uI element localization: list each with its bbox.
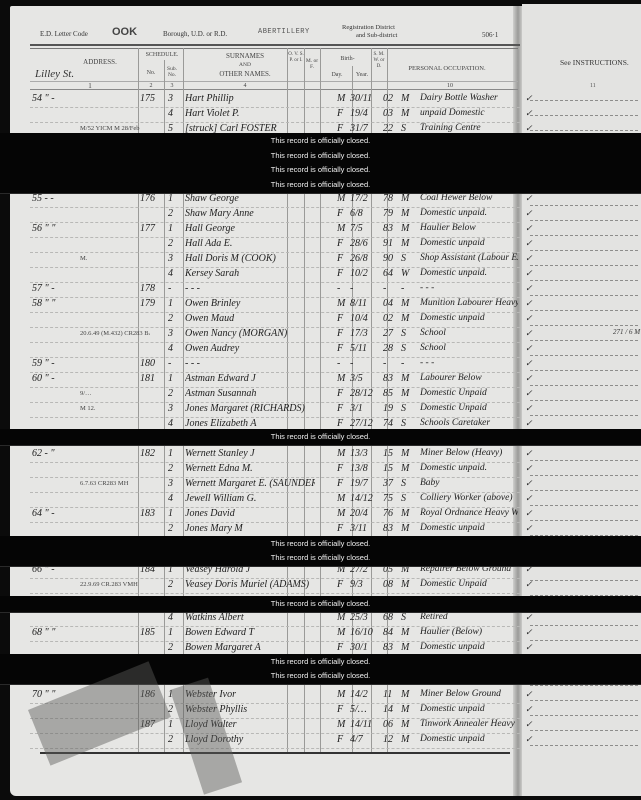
cell-occ: Domestic unpaid — [420, 704, 518, 714]
cell-note: M 12. — [80, 405, 150, 412]
ruled-line — [530, 280, 638, 282]
cell-note: 9/… — [80, 390, 150, 397]
cell-occ: Dairy Bottle Washer — [420, 93, 518, 103]
table-row: 58 " "1791Owen BrinleyM8/1104MMunition L… — [30, 297, 520, 313]
header-rule — [30, 44, 520, 46]
cell-addr: 60 " - — [32, 373, 132, 384]
checkmark-icon: ✓ — [525, 328, 533, 339]
cell-day: 5/11 — [350, 343, 382, 354]
cell-addr: 57 " - — [32, 283, 132, 294]
cell-mar: M — [401, 463, 417, 474]
cell-sex: F — [337, 343, 351, 354]
cell-mar: M — [401, 719, 417, 730]
cell-occ: Domestic unpaid — [420, 238, 518, 248]
checkmark-icon: ✓ — [525, 704, 533, 715]
table-row: 59 " -180-- - ------ - -✓ — [30, 357, 520, 373]
cell-day: 26/8 — [350, 253, 382, 264]
col-birth-year: Year. — [353, 72, 371, 79]
cell-sub: 3 — [168, 253, 182, 264]
table-row: M 12.3Jones Margaret (RICHARDS)F3/119SDo… — [30, 402, 520, 418]
cell-name: Jones Elizabeth A — [185, 418, 315, 429]
cell-mar: M — [401, 313, 417, 324]
cell-occ: - - - — [420, 283, 518, 293]
table-row: M.3Hall Doris M (COOK)F26/890SShop Assis… — [30, 252, 520, 268]
cell-occ: Haulier (Below) — [420, 627, 518, 637]
ruled-line — [530, 100, 638, 102]
table-row: 54 " -1753Hart PhillipM30/1102MDairy Bot… — [30, 92, 520, 108]
col-surnames-1: SURNAMES — [190, 52, 300, 60]
col-occupation: PERSONAL OCCUPATION. — [392, 65, 502, 72]
cell-occ: unpaid Domestic — [420, 108, 518, 118]
cell-sch: 178 — [140, 283, 166, 294]
table-row: 2Owen MaudF10/402MDomestic unpaid✓ — [30, 312, 520, 328]
checkmark-icon: ✓ — [525, 642, 533, 653]
cell-sub: 2 — [168, 579, 182, 590]
cell-sex: M — [337, 719, 351, 730]
table-row: 2Shaw Mary AnneF6/879MDomestic unpaid.✓ — [30, 207, 520, 223]
cell-sch: 179 — [140, 298, 166, 309]
cell-occ: Labourer Below — [420, 373, 518, 383]
cell-year: 03 — [383, 108, 401, 119]
cell-sex: - — [337, 358, 351, 369]
cell-year: - — [383, 283, 401, 294]
cell-sex: M — [337, 223, 351, 234]
cell-year: 83 — [383, 642, 401, 653]
checkmark-icon: ✓ — [525, 238, 533, 249]
ruled-line — [530, 640, 638, 642]
cell-year: 74 — [383, 418, 401, 429]
col-instructions-num: 11 — [590, 83, 596, 89]
ruled-line — [530, 490, 638, 492]
cell-mar: - — [401, 358, 417, 369]
cell-addr: 54 " - — [32, 93, 132, 104]
table-row: 22.9.69 CR.283 VMH2Veasey Doris Muriel (… — [30, 578, 520, 594]
cell-occ: Miner Below (Heavy) — [420, 448, 518, 458]
table-bottom-rule — [40, 752, 510, 754]
cell-year: 04 — [383, 298, 401, 309]
cell-addr: 58 " " — [32, 298, 132, 309]
checkmark-icon: ✓ — [525, 283, 533, 294]
cell-name: Astman Edward J — [185, 373, 315, 384]
cell-name: Owen Audrey — [185, 343, 315, 354]
cell-occ: Domestic unpaid — [420, 313, 518, 323]
street-name: Lilley St. — [35, 68, 74, 81]
table-row: 6.7.63 CR283 MH3Wernett Margaret E. (SAU… — [30, 477, 520, 493]
cell-sch: 175 — [140, 93, 166, 104]
col-sex: M. or F. — [305, 58, 319, 71]
checkmark-icon: ✓ — [525, 719, 533, 730]
cell-addr: 62 - " — [32, 448, 132, 459]
checkmark-icon: ✓ — [525, 313, 533, 324]
ruled-line — [530, 325, 638, 327]
cell-occ: Schools Caretaker — [420, 418, 518, 428]
cell-name: Owen Brinley — [185, 298, 315, 309]
cell-day: - — [350, 283, 382, 294]
ruled-line — [530, 580, 638, 582]
cell-sex: M — [337, 627, 351, 638]
ruled-line — [530, 115, 638, 117]
checkmark-icon: ✓ — [525, 268, 533, 279]
cell-mar: S — [401, 253, 417, 264]
checkmark-icon: ✓ — [525, 253, 533, 264]
borough-value: ABERTILLERY — [258, 28, 310, 36]
cell-mar: M — [401, 734, 417, 745]
cell-sex: M — [337, 93, 351, 104]
cell-occ: Domestic Unpaid — [420, 388, 518, 398]
table-row: 4Watkins AlbertM25/368SRetired✓ — [30, 611, 520, 627]
cell-mar: M — [401, 579, 417, 590]
checkmark-icon: ✓ — [525, 627, 533, 638]
cell-mar: S — [401, 478, 417, 489]
cell-year: 15 — [383, 463, 401, 474]
cell-mar: M — [401, 93, 417, 104]
cell-sch: 180 — [140, 358, 166, 369]
checkmark-icon: ✓ — [525, 108, 533, 119]
cell-year: 14 — [383, 704, 401, 715]
cell-day: 4/7 — [350, 734, 382, 745]
cell-sex: M — [337, 298, 351, 309]
cell-sex: F — [337, 313, 351, 324]
cell-day: 14/11 — [350, 719, 382, 730]
cell-year: 68 — [383, 612, 401, 623]
cell-day: 9/3 — [350, 579, 382, 590]
ruled-line — [530, 625, 638, 627]
redaction-bar: This record is officially closed. — [0, 550, 641, 567]
cell-sub: 3 — [168, 328, 182, 339]
cell-year: 08 — [383, 579, 401, 590]
redaction-bar: This record is officially closed. — [0, 429, 641, 446]
cell-day: 19/4 — [350, 108, 382, 119]
cell-mar: M — [401, 642, 417, 653]
col-address: ADDRESS. — [60, 58, 140, 66]
checkmark-icon: ✓ — [525, 223, 533, 234]
ruled-line — [530, 685, 638, 687]
col-birth: Birth- — [325, 56, 370, 63]
cell-name: Hall Doris M (COOK) — [185, 253, 315, 264]
redaction-bar: This record is officially closed. — [0, 177, 641, 194]
cell-sub: 3 — [168, 93, 182, 104]
cell-name: Bowen Edward T — [185, 627, 315, 638]
cell-sex: F — [337, 108, 351, 119]
cell-year: 64 — [383, 268, 401, 279]
cell-sex: F — [337, 328, 351, 339]
cell-year: 02 — [383, 93, 401, 104]
cell-occ: Royal Ordnance Heavy Worker — [420, 508, 518, 518]
cell-sex: M — [337, 689, 351, 700]
borough-label: Borough, U.D. or R.D. — [163, 30, 227, 38]
col-schedule-no: No. — [140, 70, 162, 77]
cell-sex: M — [337, 373, 351, 384]
col-schedule: SCHEDULE. — [140, 52, 184, 59]
cell-note: 20.6.49 (M.432) CR283 BAY — [80, 330, 150, 337]
checkmark-icon: ✓ — [525, 343, 533, 354]
cell-name: Kersey Sarah — [185, 268, 315, 279]
cell-addr: 64 " - — [32, 508, 132, 519]
cell-addr: 59 " - — [32, 358, 132, 369]
cell-name: Watkins Albert — [185, 612, 315, 623]
cell-mar: M — [401, 704, 417, 715]
cell-occ: Tinwork Annealer Heavy Work — [420, 719, 518, 729]
ruled-line — [530, 730, 638, 732]
cell-year: 15 — [383, 448, 401, 459]
right-page-annotation: 271 / 6 M — [613, 328, 640, 336]
cell-sex: F — [337, 388, 351, 399]
cell-sex: F — [337, 418, 351, 429]
cell-name: Wernett Margaret E. (SAUNDERS) — [185, 478, 315, 489]
cell-mar: M — [401, 627, 417, 638]
cell-mar: S — [401, 418, 417, 429]
ruled-line — [530, 340, 638, 342]
cell-mar: M — [401, 223, 417, 234]
table-number-rule — [30, 89, 518, 90]
cell-year: 37 — [383, 478, 401, 489]
cell-year: 85 — [383, 388, 401, 399]
cell-name: - - - — [185, 283, 315, 294]
cell-day: 17/3 — [350, 328, 382, 339]
cell-name: Hart Violet P. — [185, 108, 315, 119]
cell-sex: M — [337, 448, 351, 459]
cell-day: 19/7 — [350, 478, 382, 489]
cell-sex: F — [337, 734, 351, 745]
checkmark-icon: ✓ — [525, 734, 533, 745]
cell-sub: 1 — [168, 508, 182, 519]
cell-sex: F — [337, 704, 351, 715]
cell-sub: - — [168, 283, 182, 294]
cell-year: 19 — [383, 403, 401, 414]
cell-day: 5/… — [350, 704, 382, 715]
cell-mar: M — [401, 298, 417, 309]
cell-sex: - — [337, 283, 351, 294]
ed-letter-code-value: OOK — [112, 26, 137, 38]
col-surnames-2: AND — [190, 62, 300, 68]
cell-name: Shaw George — [185, 193, 315, 204]
cell-mar: M — [401, 208, 417, 219]
cell-occ: School — [420, 343, 518, 353]
cell-sub: 1 — [168, 298, 182, 309]
cell-note: M/52 YICM M 28/Feb — [80, 125, 150, 132]
cell-sch: 183 — [140, 508, 166, 519]
cell-sub: 4 — [168, 268, 182, 279]
ruled-line — [530, 385, 638, 387]
cell-name: Jewell William G. — [185, 493, 315, 504]
cell-name: Hall George — [185, 223, 315, 234]
cell-sch: 182 — [140, 448, 166, 459]
ruled-line — [530, 130, 638, 132]
cell-year: 02 — [383, 313, 401, 324]
cell-sex: M — [337, 508, 351, 519]
cell-day: 30/1 — [350, 642, 382, 653]
registration-value: 506·1 — [482, 31, 498, 39]
cell-name: - - - — [185, 358, 315, 369]
ruled-line — [530, 205, 638, 207]
cell-occ: Baby — [420, 478, 518, 488]
cell-year: 76 — [383, 508, 401, 519]
ruled-line — [530, 220, 638, 222]
ruled-line — [530, 310, 638, 312]
cell-occ: Coal Hewer Below — [420, 193, 518, 203]
cell-occ: Domestic Unpaid — [420, 579, 518, 589]
cell-mar: M — [401, 108, 417, 119]
cell-year: 84 — [383, 627, 401, 638]
cell-note: M. — [80, 255, 150, 262]
cell-year: 78 — [383, 193, 401, 204]
cell-note: 22.9.69 CR.283 VMH — [80, 581, 150, 588]
cell-year: 83 — [383, 373, 401, 384]
cell-sub: 2 — [168, 642, 182, 653]
ruled-line — [530, 520, 638, 522]
table-row: 4Jewell William G.M14/1275SColliery Work… — [30, 492, 520, 508]
cell-addr: 55 - - — [32, 193, 132, 204]
cell-year: 79 — [383, 208, 401, 219]
cell-day: 17/2 — [350, 193, 382, 204]
cell-mar: S — [401, 328, 417, 339]
cell-occ: Colliery Worker (above) — [420, 493, 518, 503]
cell-sub: - — [168, 358, 182, 369]
table-header-rule — [30, 81, 518, 82]
table-row: 4Hart Violet P.F19/403Munpaid Domestic✓ — [30, 107, 520, 123]
cell-day: 3/11 — [350, 523, 382, 534]
checkmark-icon: ✓ — [525, 388, 533, 399]
cell-sex: M — [337, 193, 351, 204]
table-row: 57 " -178-- - ------ - -✓ — [30, 282, 520, 298]
cell-sex: F — [337, 478, 351, 489]
registration-label-1: Registration District — [342, 24, 395, 31]
ruled-line — [530, 460, 638, 462]
cell-sub: 2 — [168, 734, 182, 745]
table-row: 68 " "1851Bowen Edward TM16/1084MHaulier… — [30, 626, 520, 642]
cell-day: 13/8 — [350, 463, 382, 474]
cell-day: 25/3 — [350, 612, 382, 623]
ruled-line — [530, 265, 638, 267]
cell-mar: M — [401, 508, 417, 519]
checkmark-icon: ✓ — [525, 93, 533, 104]
cell-occ: School — [420, 328, 518, 338]
cell-year: 06 — [383, 719, 401, 730]
table-row: 4Kersey SarahF10/264WDomestic unpaid.✓ — [30, 267, 520, 283]
cell-mar: W — [401, 268, 417, 279]
cell-occ: Domestic unpaid — [420, 523, 518, 533]
cell-name: Jones Margaret (RICHARDS) — [185, 403, 315, 414]
cell-occ: Training Centre — [420, 123, 518, 133]
cell-occ: Domestic Unpaid — [420, 403, 518, 413]
cell-day: 3/5 — [350, 373, 382, 384]
cell-occ: Domestic unpaid — [420, 734, 518, 744]
cell-day: 10/4 — [350, 313, 382, 324]
cell-sex: F — [337, 642, 351, 653]
table-row: 62 - "1821Wernett Stanley JM13/315MMiner… — [30, 447, 520, 463]
cell-sub: 2 — [168, 313, 182, 324]
cell-mar: - — [401, 283, 417, 294]
checkmark-icon: ✓ — [525, 478, 533, 489]
cell-sub: 4 — [168, 493, 182, 504]
table-top-rule — [30, 48, 518, 49]
cell-sex: F — [337, 268, 351, 279]
cell-occ: Retired — [420, 612, 518, 622]
cell-name: Wernett Stanley J — [185, 448, 315, 459]
table-row: 2Hall Ada E.F28/691MDomestic unpaid✓ — [30, 237, 520, 253]
cell-sch: 185 — [140, 627, 166, 638]
registration-label-2: and Sub-district — [356, 32, 397, 39]
checkmark-icon: ✓ — [525, 448, 533, 459]
ruled-line — [530, 745, 638, 747]
cell-sub: 1 — [168, 223, 182, 234]
cell-year: 28 — [383, 343, 401, 354]
cell-sub: 2 — [168, 208, 182, 219]
ruled-line — [530, 715, 638, 717]
cell-day: 6/8 — [350, 208, 382, 219]
checkmark-icon: ✓ — [525, 403, 533, 414]
cell-name: Hart Phillip — [185, 93, 315, 104]
cell-name: Wernett Edna M. — [185, 463, 315, 474]
cell-mar: S — [401, 612, 417, 623]
cell-sub: 3 — [168, 478, 182, 489]
cell-sex: M — [337, 493, 351, 504]
ruled-line — [530, 415, 638, 417]
col-marital: S. M. W. or D. — [373, 52, 385, 69]
cell-mar: M — [401, 193, 417, 204]
cell-year: 90 — [383, 253, 401, 264]
cell-mar: M — [401, 373, 417, 384]
ruled-line — [530, 505, 638, 507]
cell-sex: F — [337, 403, 351, 414]
col-instructions: See INSTRUCTIONS. — [560, 58, 629, 67]
col-birth-day: Day. — [322, 72, 352, 79]
cell-mar: M — [401, 238, 417, 249]
cell-name: Owen Nancy (MORGAN) — [185, 328, 315, 339]
col-ovspl: O. V. S. P. or I. — [288, 52, 304, 64]
cell-year: 27 — [383, 328, 401, 339]
cell-sub: 1 — [168, 448, 182, 459]
cell-sub: 1 — [168, 193, 182, 204]
cell-mar: M — [401, 448, 417, 459]
ruled-line — [530, 400, 638, 402]
ruled-line — [530, 295, 638, 297]
cell-occ: Shop Assistant (Labour Exch) — [420, 253, 518, 263]
ruled-line — [530, 370, 638, 372]
cell-name: Hall Ada E. — [185, 238, 315, 249]
cell-sch: 181 — [140, 373, 166, 384]
table-row: 56 " "1771Hall GeorgeM7/583MHaulier Belo… — [30, 222, 520, 238]
cell-name: Shaw Mary Anne — [185, 208, 315, 219]
cell-sch: 176 — [140, 193, 166, 204]
cell-occ: Miner Below Ground — [420, 689, 518, 699]
ruled-line — [530, 250, 638, 252]
cell-occ: - - - — [420, 358, 518, 368]
table-row: 20.6.49 (M.432) CR283 BAY3Owen Nancy (MO… — [30, 327, 520, 343]
cell-name: Jones David — [185, 508, 315, 519]
cell-sub: 3 — [168, 403, 182, 414]
cell-occ: Domestic unpaid. — [420, 268, 518, 278]
cell-sch: 177 — [140, 223, 166, 234]
checkmark-icon: ✓ — [525, 208, 533, 219]
cell-day: 30/11 — [350, 93, 382, 104]
ruled-line — [530, 235, 638, 237]
cell-name: Jones Mary M — [185, 523, 315, 534]
ruled-line — [530, 700, 638, 702]
cell-day: 20/4 — [350, 508, 382, 519]
cell-sub: 2 — [168, 388, 182, 399]
cell-mar: S — [401, 493, 417, 504]
cell-sub: 2 — [168, 238, 182, 249]
cell-sub: 4 — [168, 612, 182, 623]
checkmark-icon: ✓ — [525, 418, 533, 429]
cell-sub: 4 — [168, 108, 182, 119]
cell-occ: Domestic unpaid. — [420, 463, 518, 473]
cell-day: 14/12 — [350, 493, 382, 504]
cell-sub: 2 — [168, 523, 182, 534]
cell-sex: F — [337, 253, 351, 264]
cell-year: 91 — [383, 238, 401, 249]
